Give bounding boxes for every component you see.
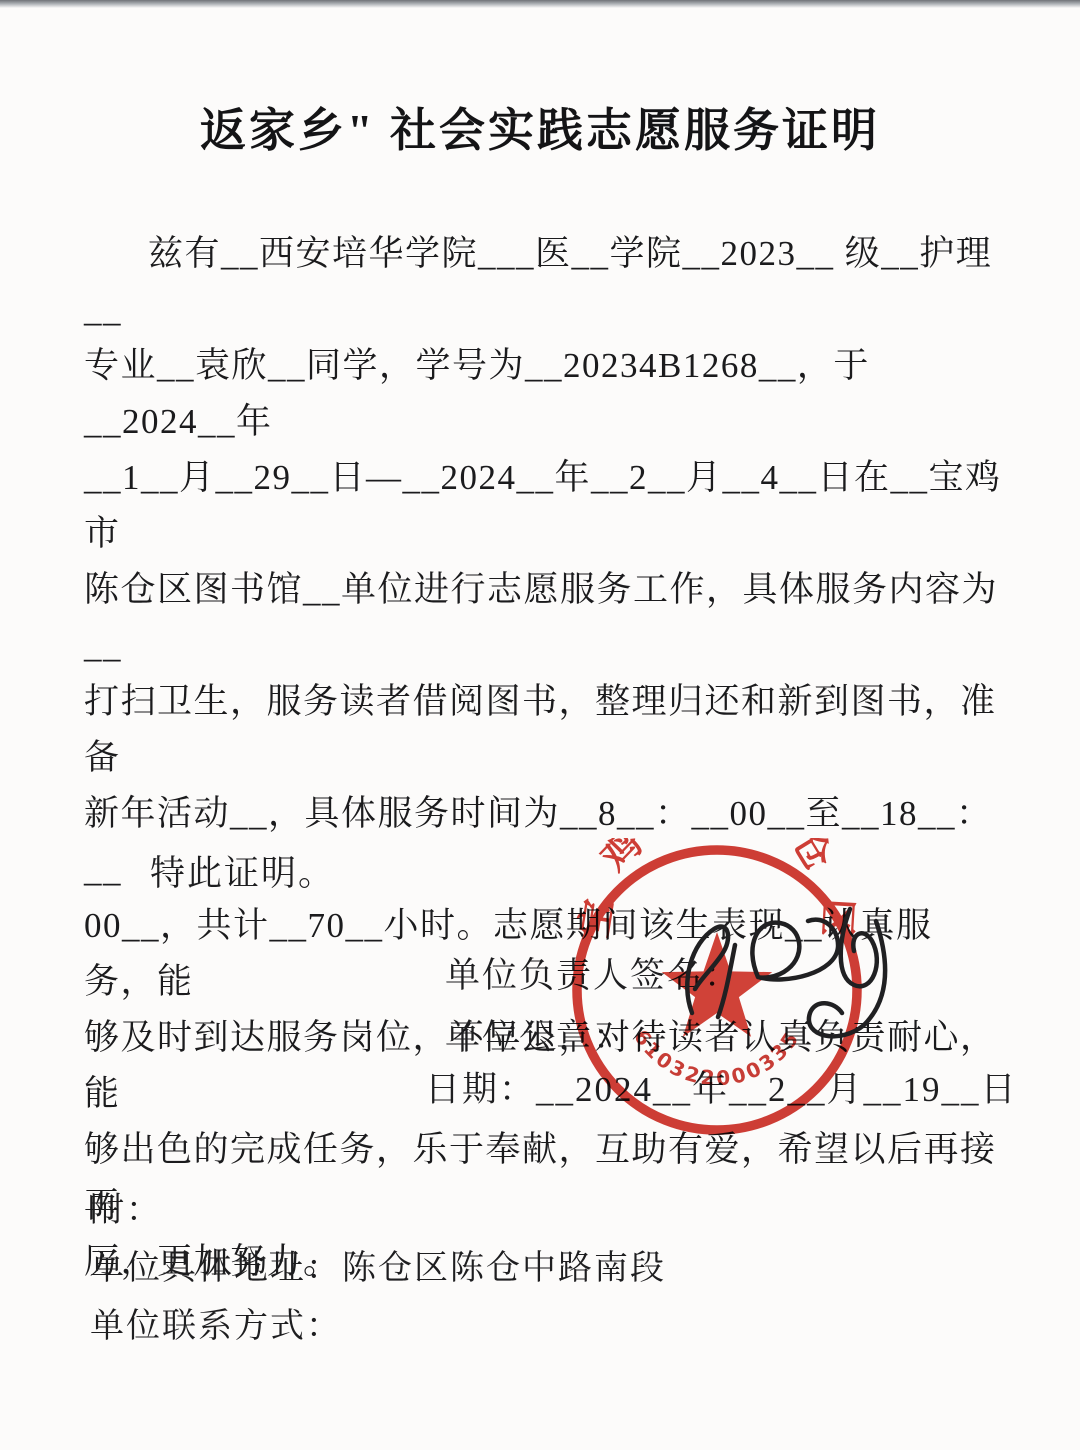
handwritten-signature: [640, 885, 910, 1065]
body-line: 兹有__西安培华学院___医__学院__2023__ 级__护理__: [84, 226, 1004, 338]
unit-contact-line: 单位联系方式：: [90, 1298, 342, 1347]
body-line: __1__月__29__日—__2024__年__2__月__4__日在__宝鸡…: [84, 450, 1004, 562]
body-line: 打扫卫生，服务读者借阅图书，整理归还和新到图书，准备: [84, 674, 1004, 786]
scan-edge-artifact: [0, 0, 1080, 8]
closing-statement: 特此证明。: [150, 846, 335, 896]
body-line: 专业__袁欣__同学，学号为__20234B1268__，于__2024__年: [84, 338, 1004, 450]
attachment-label: 附：: [90, 1182, 162, 1231]
body-line: 陈仓区图书馆__单位进行志愿服务工作，具体服务内容为__: [84, 562, 1004, 674]
certificate-page: 返家乡" 社会实践志愿服务证明 兹有__西安培华学院___医__学院__2023…: [0, 0, 1080, 1450]
page-title: 返家乡" 社会实践志愿服务证明: [0, 94, 1080, 160]
unit-address-line: 单位具体地址：陈仓区陈仓中路南段: [90, 1240, 666, 1289]
